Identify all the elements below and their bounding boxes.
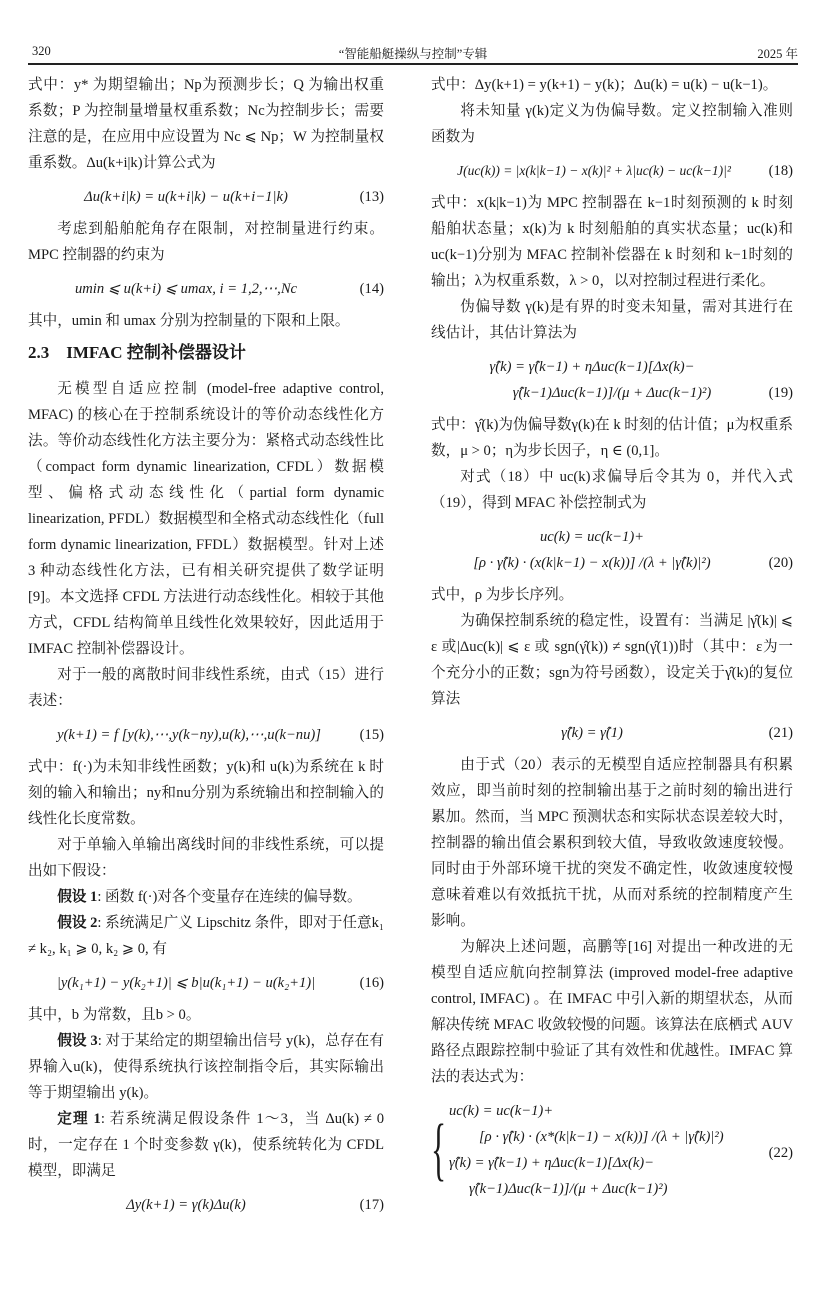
equation-number: (21) xyxy=(769,720,793,746)
equation-line: γ̂(k−1)Δuc(k−1)]/(μ + Δuc(k−1)²) xyxy=(431,380,753,406)
equation-line: γ̂(k) = γ̂(k−1) + ηΔuc(k−1)[Δx(k)− xyxy=(431,354,753,380)
right-column: 式中：Δy(k+1) = y(k+1) − y(k)；Δu(k) = u(k) … xyxy=(431,72,793,1214)
header-rule xyxy=(28,63,798,65)
left-column: 式中：y* 为期望输出；Np为预测步长；Q 为输出权重系数；P 为控制量增量权重… xyxy=(28,72,384,1224)
paragraph: 对式（18）中 uc(k)求偏导后令其为 0，并代入式（19），得到 MFAC … xyxy=(431,464,793,516)
paragraph: 为解决上述问题，高鹏等[16] 对提出一种改进的无模型自适应航向控制算法 (im… xyxy=(431,934,793,1090)
equation-line: uc(k) = uc(k−1)+ xyxy=(449,1098,753,1124)
paragraph: 式中，ρ 为步长序列。 xyxy=(431,582,793,608)
assumption-label: 假设 2 xyxy=(57,915,97,931)
paragraph: 其中，umin 和 umax 分别为控制量的下限和上限。 xyxy=(28,308,384,334)
theorem-1: 定理 1: 若系统满足假设条件 1～3，当 Δu(k) ≠ 0 时，一定存在 1… xyxy=(28,1106,384,1184)
equation-13: Δu(k+i|k) = u(k+i|k) − u(k+i−1|k) (13) xyxy=(28,184,384,210)
equation-line: [ρ · γ̂(k) · (x(k|k−1) − x(k))] /(λ + |γ… xyxy=(431,550,753,576)
equation-number: (15) xyxy=(360,722,384,748)
assumption-1: 假设 1: 函数 f(·)对各个变量存在连续的偏导数。 xyxy=(28,884,384,910)
journal-title: “智能船艇操纵与控制”专辑 xyxy=(28,44,798,62)
year: 2025 年 xyxy=(757,44,798,62)
paragraph: 考虑到船舶舵角存在限制，对控制量进行约束。MPC 控制器的约束为 xyxy=(28,216,384,268)
paragraph: 由于式（20）表示的无模型自适应控制器具有积累效应，即当前时刻的控制输出基于之前… xyxy=(431,752,793,934)
equation-15: y(k+1) = f [y(k),⋯,y(k−ny),u(k),⋯,u(k−nu… xyxy=(28,722,384,748)
equation-line: γ̂(k) = γ̂(k−1) + ηΔuc(k−1)[Δx(k)− xyxy=(449,1150,753,1176)
equation-number: (13) xyxy=(360,184,384,210)
paragraph: 其中，b 为常数，且b > 0。 xyxy=(28,1002,384,1028)
equation-22: { uc(k) = uc(k−1)+ [ρ · γ̂(k) · (x*(k|k−… xyxy=(431,1098,793,1208)
equation-number: (18) xyxy=(769,158,793,184)
paragraph: 无模型自适应控制 (model-free adaptive control, M… xyxy=(28,376,384,662)
equation-17: Δy(k+1) = γ(k)Δu(k) (17) xyxy=(28,1192,384,1218)
paragraph: 式中：Δy(k+1) = y(k+1) − y(k)；Δu(k) = u(k) … xyxy=(431,72,793,98)
assumption-label: 假设 3 xyxy=(57,1033,98,1049)
equation-number: (16) xyxy=(360,970,384,996)
equation-20: uc(k) = uc(k−1)+ [ρ · γ̂(k) · (x(k|k−1) … xyxy=(431,524,793,576)
paragraph: 对于一般的离散时间非线性系统，由式（15）进行表述： xyxy=(28,662,384,714)
equation-number: (17) xyxy=(360,1192,384,1218)
assumption-text: : 函数 f(·)对各个变量存在连续的偏导数。 xyxy=(97,889,361,905)
equation-19: γ̂(k) = γ̂(k−1) + ηΔuc(k−1)[Δx(k)− γ̂(k−… xyxy=(431,354,793,406)
equation-number: (22) xyxy=(769,1140,793,1166)
equation-formula: γ̂(k) = γ̂(1) xyxy=(431,720,753,746)
equation-body: uc(k) = uc(k−1)+ [ρ · γ̂(k) · (x(k|k−1) … xyxy=(431,524,753,576)
assumption-label: 假设 1 xyxy=(57,889,97,905)
equation-14: umin ⩽ u(k+i) ⩽ umax, i = 1,2,⋯,Nc (14) xyxy=(28,276,384,302)
equation-body: γ̂(k) = γ̂(k−1) + ηΔuc(k−1)[Δx(k)− γ̂(k−… xyxy=(431,354,753,406)
paragraph: 式中：γ̂(k)为伪偏导数γ(k)在 k 时刻的估计值；μ为权重系数，μ > 0… xyxy=(431,412,793,464)
paragraph: 伪偏导数 γ(k)是有界的时变未知量，需对其进行在线估计，其估计算法为 xyxy=(431,294,793,346)
equation-formula: umin ⩽ u(k+i) ⩽ umax, i = 1,2,⋯,Nc xyxy=(28,276,344,302)
equation-18: J(uc(k)) = |x(k|k−1) − x(k)|² + λ|uc(k) … xyxy=(431,158,793,184)
running-header: 320 “智能船艇操纵与控制”专辑 2025 年 xyxy=(28,44,798,62)
assumption-3: 假设 3: 对于某给定的期望输出信号 y(k)，总存在有界输入u(k)，使得系统… xyxy=(28,1028,384,1106)
equation-21: γ̂(k) = γ̂(1) (21) xyxy=(431,720,793,746)
equation-line: γ̂(k−1)Δuc(k−1)]/(μ + Δuc(k−1)²) xyxy=(449,1176,753,1202)
equation-number: (19) xyxy=(769,380,793,406)
equation-formula: Δu(k+i|k) = u(k+i|k) − u(k+i−1|k) xyxy=(28,184,344,210)
equation-number: (14) xyxy=(360,276,384,302)
paragraph: 式中：x(k|k−1)为 MPC 控制器在 k−1时刻预测的 k 时刻船舶状态量… xyxy=(431,190,793,294)
paragraph: 将未知量 γ(k)定义为伪偏导数。定义控制输入准则函数为 xyxy=(431,98,793,150)
equation-formula: |y(k₁+1) − y(k₂+1)| ⩽ b|u(k₁+1) − u(k₂+1… xyxy=(28,970,344,996)
equation-formula: J(uc(k)) = |x(k|k−1) − x(k)|² + λ|uc(k) … xyxy=(431,158,757,184)
equation-body: uc(k) = uc(k−1)+ [ρ · γ̂(k) · (x*(k|k−1)… xyxy=(449,1098,753,1202)
equation-formula: y(k+1) = f [y(k),⋯,y(k−ny),u(k),⋯,u(k−nu… xyxy=(28,722,350,748)
equation-number: (20) xyxy=(769,550,793,576)
left-brace: { xyxy=(431,1100,446,1200)
equation-16: |y(k₁+1) − y(k₂+1)| ⩽ b|u(k₁+1) − u(k₂+1… xyxy=(28,970,384,996)
equation-line: uc(k) = uc(k−1)+ xyxy=(431,524,753,550)
paragraph: 为确保控制系统的稳定性，设置有：当满足 |γ̂(k)| ⩽ ε 或|Δuc(k)… xyxy=(431,608,793,712)
paragraph: 对于单输入单输出离线时间的非线性系统，可以提出如下假设： xyxy=(28,832,384,884)
equation-formula: Δy(k+1) = γ(k)Δu(k) xyxy=(28,1192,344,1218)
theorem-label: 定理 1 xyxy=(57,1111,101,1127)
paragraph: 式中：f(·)为未知非线性函数；y(k)和 u(k)为系统在 k 时刻的输入和输… xyxy=(28,754,384,832)
section-heading: 2.3 IMFAC 控制补偿器设计 xyxy=(28,340,384,366)
paragraph: 式中：y* 为期望输出；Np为预测步长；Q 为输出权重系数；P 为控制量增量权重… xyxy=(28,72,384,176)
assumption-2: 假设 2: 系统满足广义 Lipschitz 条件，即对于任意k₁ ≠ k₂, … xyxy=(28,910,384,962)
equation-line: [ρ · γ̂(k) · (x*(k|k−1) − x(k))] /(λ + |… xyxy=(449,1124,753,1150)
